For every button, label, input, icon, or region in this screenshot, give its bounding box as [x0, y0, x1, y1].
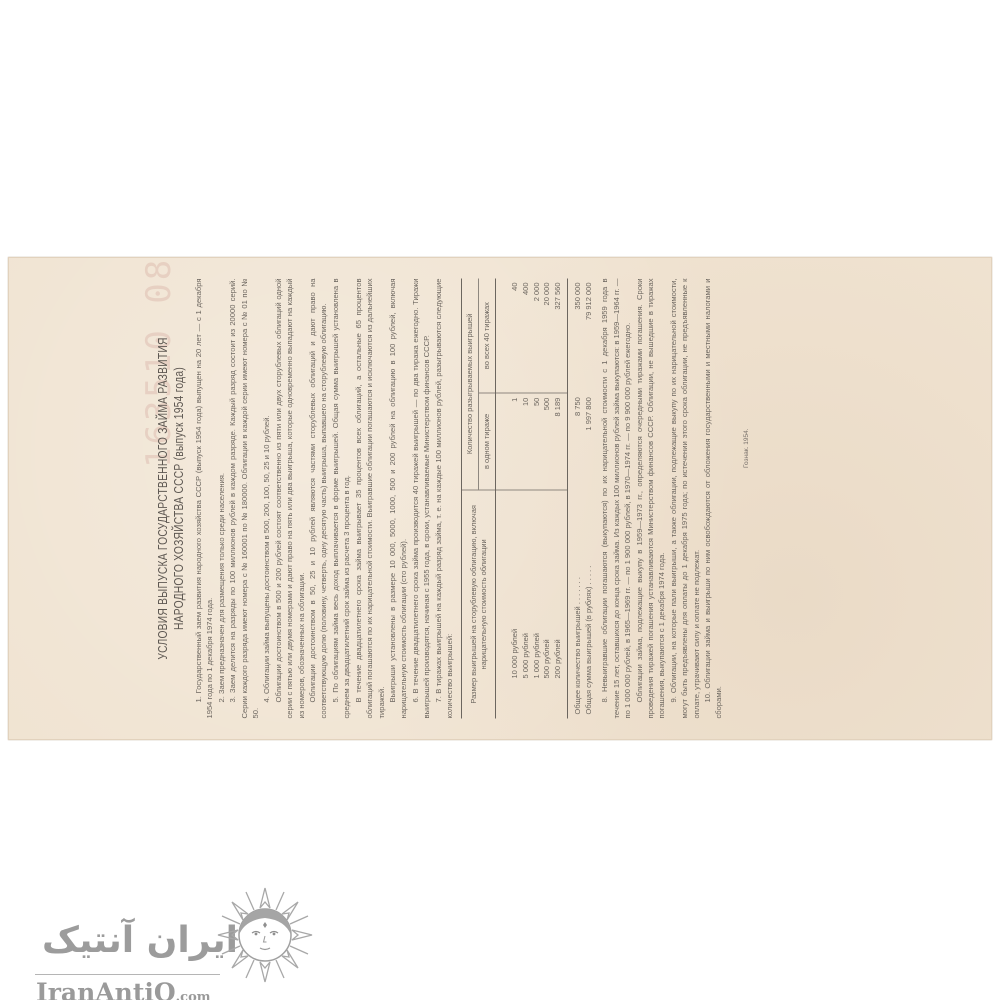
total-sum-row: Общая сумма выигрышей (в рублях) . . . .…: [583, 278, 594, 718]
bond-back-paper: 163510 08 УСЛОВИЯ ВЫПУСКА ГОСУДАРСТВЕННО…: [8, 257, 992, 740]
table-row: 10 000 рублей 1 40: [496, 278, 521, 718]
prize-size: 10 000 рублей: [496, 489, 521, 718]
count-one-draw: 8 189: [553, 393, 568, 490]
total-count-one-draw: 8 750: [568, 393, 584, 490]
paragraph-9: 9. Облигации, на которые пали выигрыши, …: [668, 278, 702, 718]
prize-size: 1 000 рублей: [532, 489, 543, 718]
title-line-2-main: НАРОДНОГО ХОЗЯЙСТВА СССР: [172, 463, 186, 629]
table-row: 5 000 рублей 10 400: [521, 278, 532, 718]
count-one-draw: 10: [521, 393, 532, 490]
paragraph-7: 7. В тиражах выигрышей на каждый разряд …: [433, 278, 456, 718]
total-sum-one-draw: 1 997 800: [583, 393, 594, 490]
header-all-draws: во всех 40 тиражах: [479, 278, 496, 393]
paragraph-8b: Облигации займа, подлежащие выкупу в 195…: [634, 278, 668, 718]
table-row: 200 рублей 8 189 327 560: [553, 278, 568, 718]
logo-latin-text: IranAntiQ.com: [36, 978, 211, 1000]
logo-domain: .com: [176, 990, 211, 1000]
paragraph-4c: Облигации достоинством в 50, 25 и 10 руб…: [307, 278, 330, 718]
total-count-label: Общее количество выигрышей . . . . . . .: [568, 489, 584, 718]
count-all-draws: 400: [521, 278, 532, 393]
paragraph-8: 8. Невыигравшие облигации погашаются (вы…: [599, 278, 633, 718]
sun-face-icon: [210, 880, 320, 990]
count-all-draws: 2 000: [532, 278, 543, 393]
prize-table: Размер выигрышей на сторублевую облигаци…: [461, 278, 594, 718]
header-prize-size: Размер выигрышей на сторублевую облигаци…: [462, 489, 496, 718]
header-prize-count: Количество разыгрываемых выигрышей: [462, 278, 479, 489]
paragraph-3: 3. Заем делится на разряды по 100 миллио…: [227, 278, 261, 718]
paragraph-4b: Облигации достоинством в 500 и 200 рубле…: [273, 278, 307, 718]
title-line-1: УСЛОВИЯ ВЫПУСКА ГОСУДАРСТВЕННОГО ЗАЙМА Р…: [155, 318, 171, 679]
paragraph-2: 2. Заем предназначен для размещения толь…: [216, 278, 227, 718]
total-count-all-draws: 350 000: [568, 278, 584, 393]
count-all-draws: 40: [496, 278, 521, 393]
count-one-draw: 1: [496, 393, 521, 490]
rotated-conditions-text: УСЛОВИЯ ВЫПУСКА ГОСУДАРСТВЕННОГО ЗАЙМА Р…: [20, 271, 980, 726]
header-one-draw: в одном тираже: [479, 393, 496, 490]
paragraph-6: 6. В течение двадцатилетнего срока займа…: [410, 278, 433, 718]
paragraph-5: 5. По облигациям займа весь доход выплач…: [330, 278, 353, 718]
document-title: УСЛОВИЯ ВЫПУСКА ГОСУДАРСТВЕННОГО ЗАЙМА Р…: [155, 318, 187, 679]
count-all-draws: 327 560: [553, 278, 568, 393]
count-one-draw: 50: [532, 393, 543, 490]
prize-size: 500 рублей: [542, 489, 553, 718]
title-line-2-year: (выпуск 1954 года): [172, 367, 186, 460]
logo-brand-name: IranAntiQ: [36, 978, 176, 1000]
table-row: 500 рублей 500 20 000: [542, 278, 553, 718]
logo-divider: [35, 974, 220, 975]
prize-size: 200 рублей: [553, 489, 568, 718]
count-one-draw: 500: [542, 393, 553, 490]
paragraph-10: 10. Облигации займа и выигрыши по ним ос…: [702, 278, 725, 718]
paragraph-4: 4. Облигации займа выпущены достоинством…: [261, 278, 272, 718]
table-row: 1 000 рублей 50 2 000: [532, 278, 543, 718]
logo-persian-text: ایران آنتیک: [42, 920, 238, 961]
paragraph-1: 1. Государственный заем развития народно…: [193, 278, 216, 718]
total-sum-label: Общая сумма выигрышей (в рублях) . . . .…: [583, 489, 594, 718]
prize-size: 5 000 рублей: [521, 489, 532, 718]
total-sum-all-draws: 79 912 000: [583, 278, 594, 393]
iranantiq-watermark-logo: ایران آنتیک IranAntiQ.com: [20, 890, 320, 990]
paragraph-5c: Выигрыши установлены в размере 10 000, 5…: [387, 278, 410, 718]
total-count-row: Общее количество выигрышей . . . . . . .…: [568, 278, 584, 718]
printer-mark: Гознак. 1954.: [743, 428, 750, 468]
title-line-2: НАРОДНОГО ХОЗЯЙСТВА СССР (выпуск 1954 го…: [171, 318, 187, 679]
paragraph-5b: В течение двадцатилетнего срока займа вы…: [353, 278, 387, 718]
count-all-draws: 20 000: [542, 278, 553, 393]
